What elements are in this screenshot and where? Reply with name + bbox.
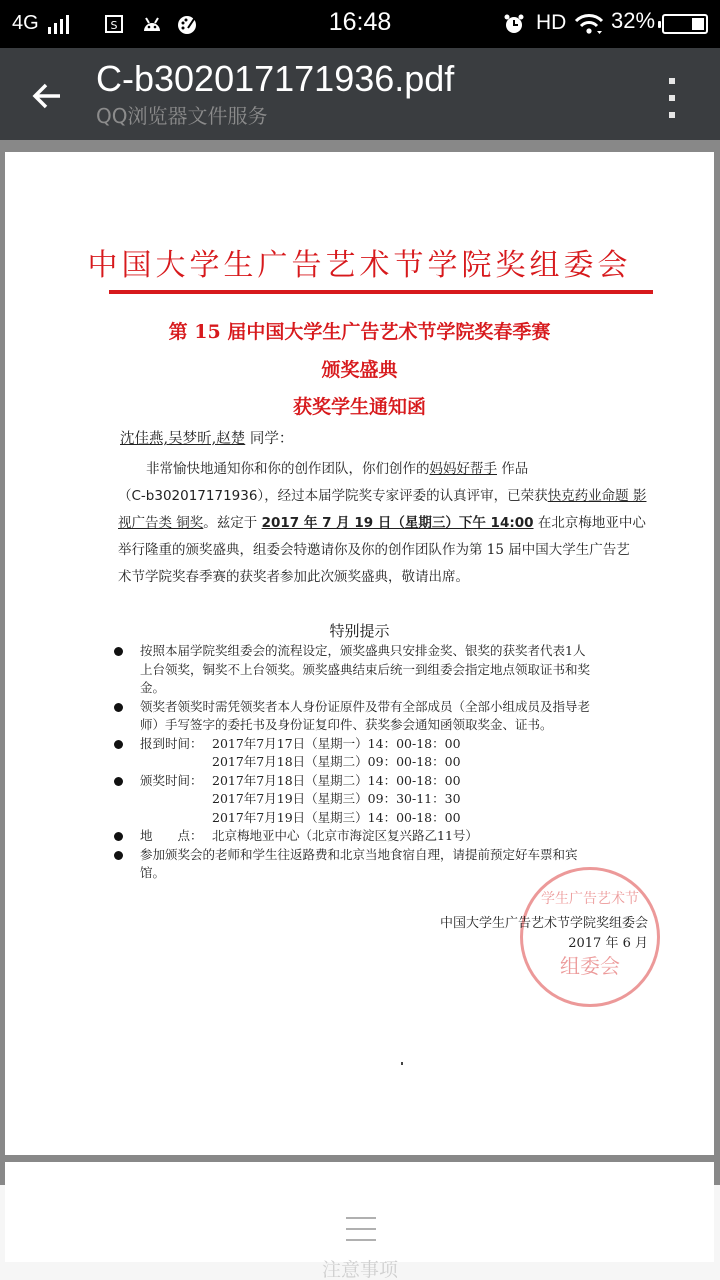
wifi-icon: [574, 13, 604, 35]
list-icon[interactable]: [343, 1211, 377, 1245]
tips-list: 按照本届学院奖组委会的流程设定，颁奖盛典只安排金奖、银奖的获奖者代表1人 上台领…: [110, 642, 660, 883]
notes-label[interactable]: 注意事项: [0, 1255, 720, 1280]
org-title: 中国大学生广告艺术节学院奖组委会: [5, 240, 714, 284]
pdf-page-1: 中国大学生广告艺术节学院奖组委会 第 15 届中国大学生广告艺术节学院奖春季赛 …: [5, 152, 714, 1155]
tips-title: 特别提示: [5, 620, 714, 641]
work-title: 妈妈好帮手: [430, 461, 498, 477]
event-title: 第 15 届中国大学生广告艺术节学院奖春季赛: [5, 317, 714, 344]
award-schedule: 颁奖时间：2017年7月18日（星期二）14：00-18：00 2017年7月1…: [110, 772, 660, 828]
battery-icon: [662, 14, 708, 34]
notes-menu[interactable]: 注意事项: [0, 1185, 720, 1280]
ceremony-title: 颁奖盛典: [5, 355, 714, 382]
signature-date: 2017 年 6 月: [440, 934, 648, 954]
signature-org: 中国大学生广告艺术节学院奖组委会: [440, 914, 648, 934]
pdf-viewer[interactable]: 中国大学生广告艺术节学院奖组委会 第 15 届中国大学生广告艺术节学院奖春季赛 …: [0, 140, 720, 1280]
checkin-schedule: 报到时间：2017年7月17日（星期一）14：00-18：00 2017年7月1…: [110, 735, 660, 772]
file-title: C-b302017171936.pdf: [96, 58, 454, 100]
entry-code: （C-b302017171936）: [118, 488, 264, 504]
status-bar: 4G S 16:48 HD 32%: [0, 0, 720, 48]
recipient-names: 沈佳燕,吴梦昕,赵楚: [120, 431, 245, 447]
notice-title: 获奖学生通知函: [5, 392, 714, 419]
ceremony-time: 2017 年 7 月 19 日（星期三）下午 14:00: [262, 515, 534, 531]
salutation: 沈佳燕,吴梦昕,赵楚 同学：: [120, 426, 658, 453]
notice-body: 非常愉快地通知你和你的创作团队，你们创作的妈妈好帮手 作品 （C-b302017…: [118, 456, 656, 591]
app-bar: C-b302017171936.pdf QQ浏览器文件服务: [0, 48, 720, 140]
arrow-left-icon[interactable]: [26, 74, 70, 118]
red-divider: [109, 290, 653, 294]
award-name: 快克药业命题 影: [548, 488, 647, 504]
tip-item: 按照本届学院奖组委会的流程设定，颁奖盛典只安排金奖、银奖的获奖者代表1人 上台领…: [110, 642, 660, 698]
location: 地 点：北京梅地亚中心（北京市海淀区复兴路乙11号）: [110, 827, 660, 846]
hd-indicator: HD: [536, 11, 566, 35]
more-vertical-icon[interactable]: [660, 78, 684, 118]
tip-item: 领奖者领奖时需凭领奖者本人身份证原件及带有全部成员（全部小组成员及指导老 师）手…: [110, 698, 660, 735]
signature-block: 中国大学生广告艺术节学院奖组委会 2017 年 6 月: [440, 914, 648, 954]
battery-percent: 32%: [611, 8, 655, 34]
file-service-subtitle: QQ浏览器文件服务: [96, 100, 267, 129]
alarm-icon: [503, 13, 525, 35]
